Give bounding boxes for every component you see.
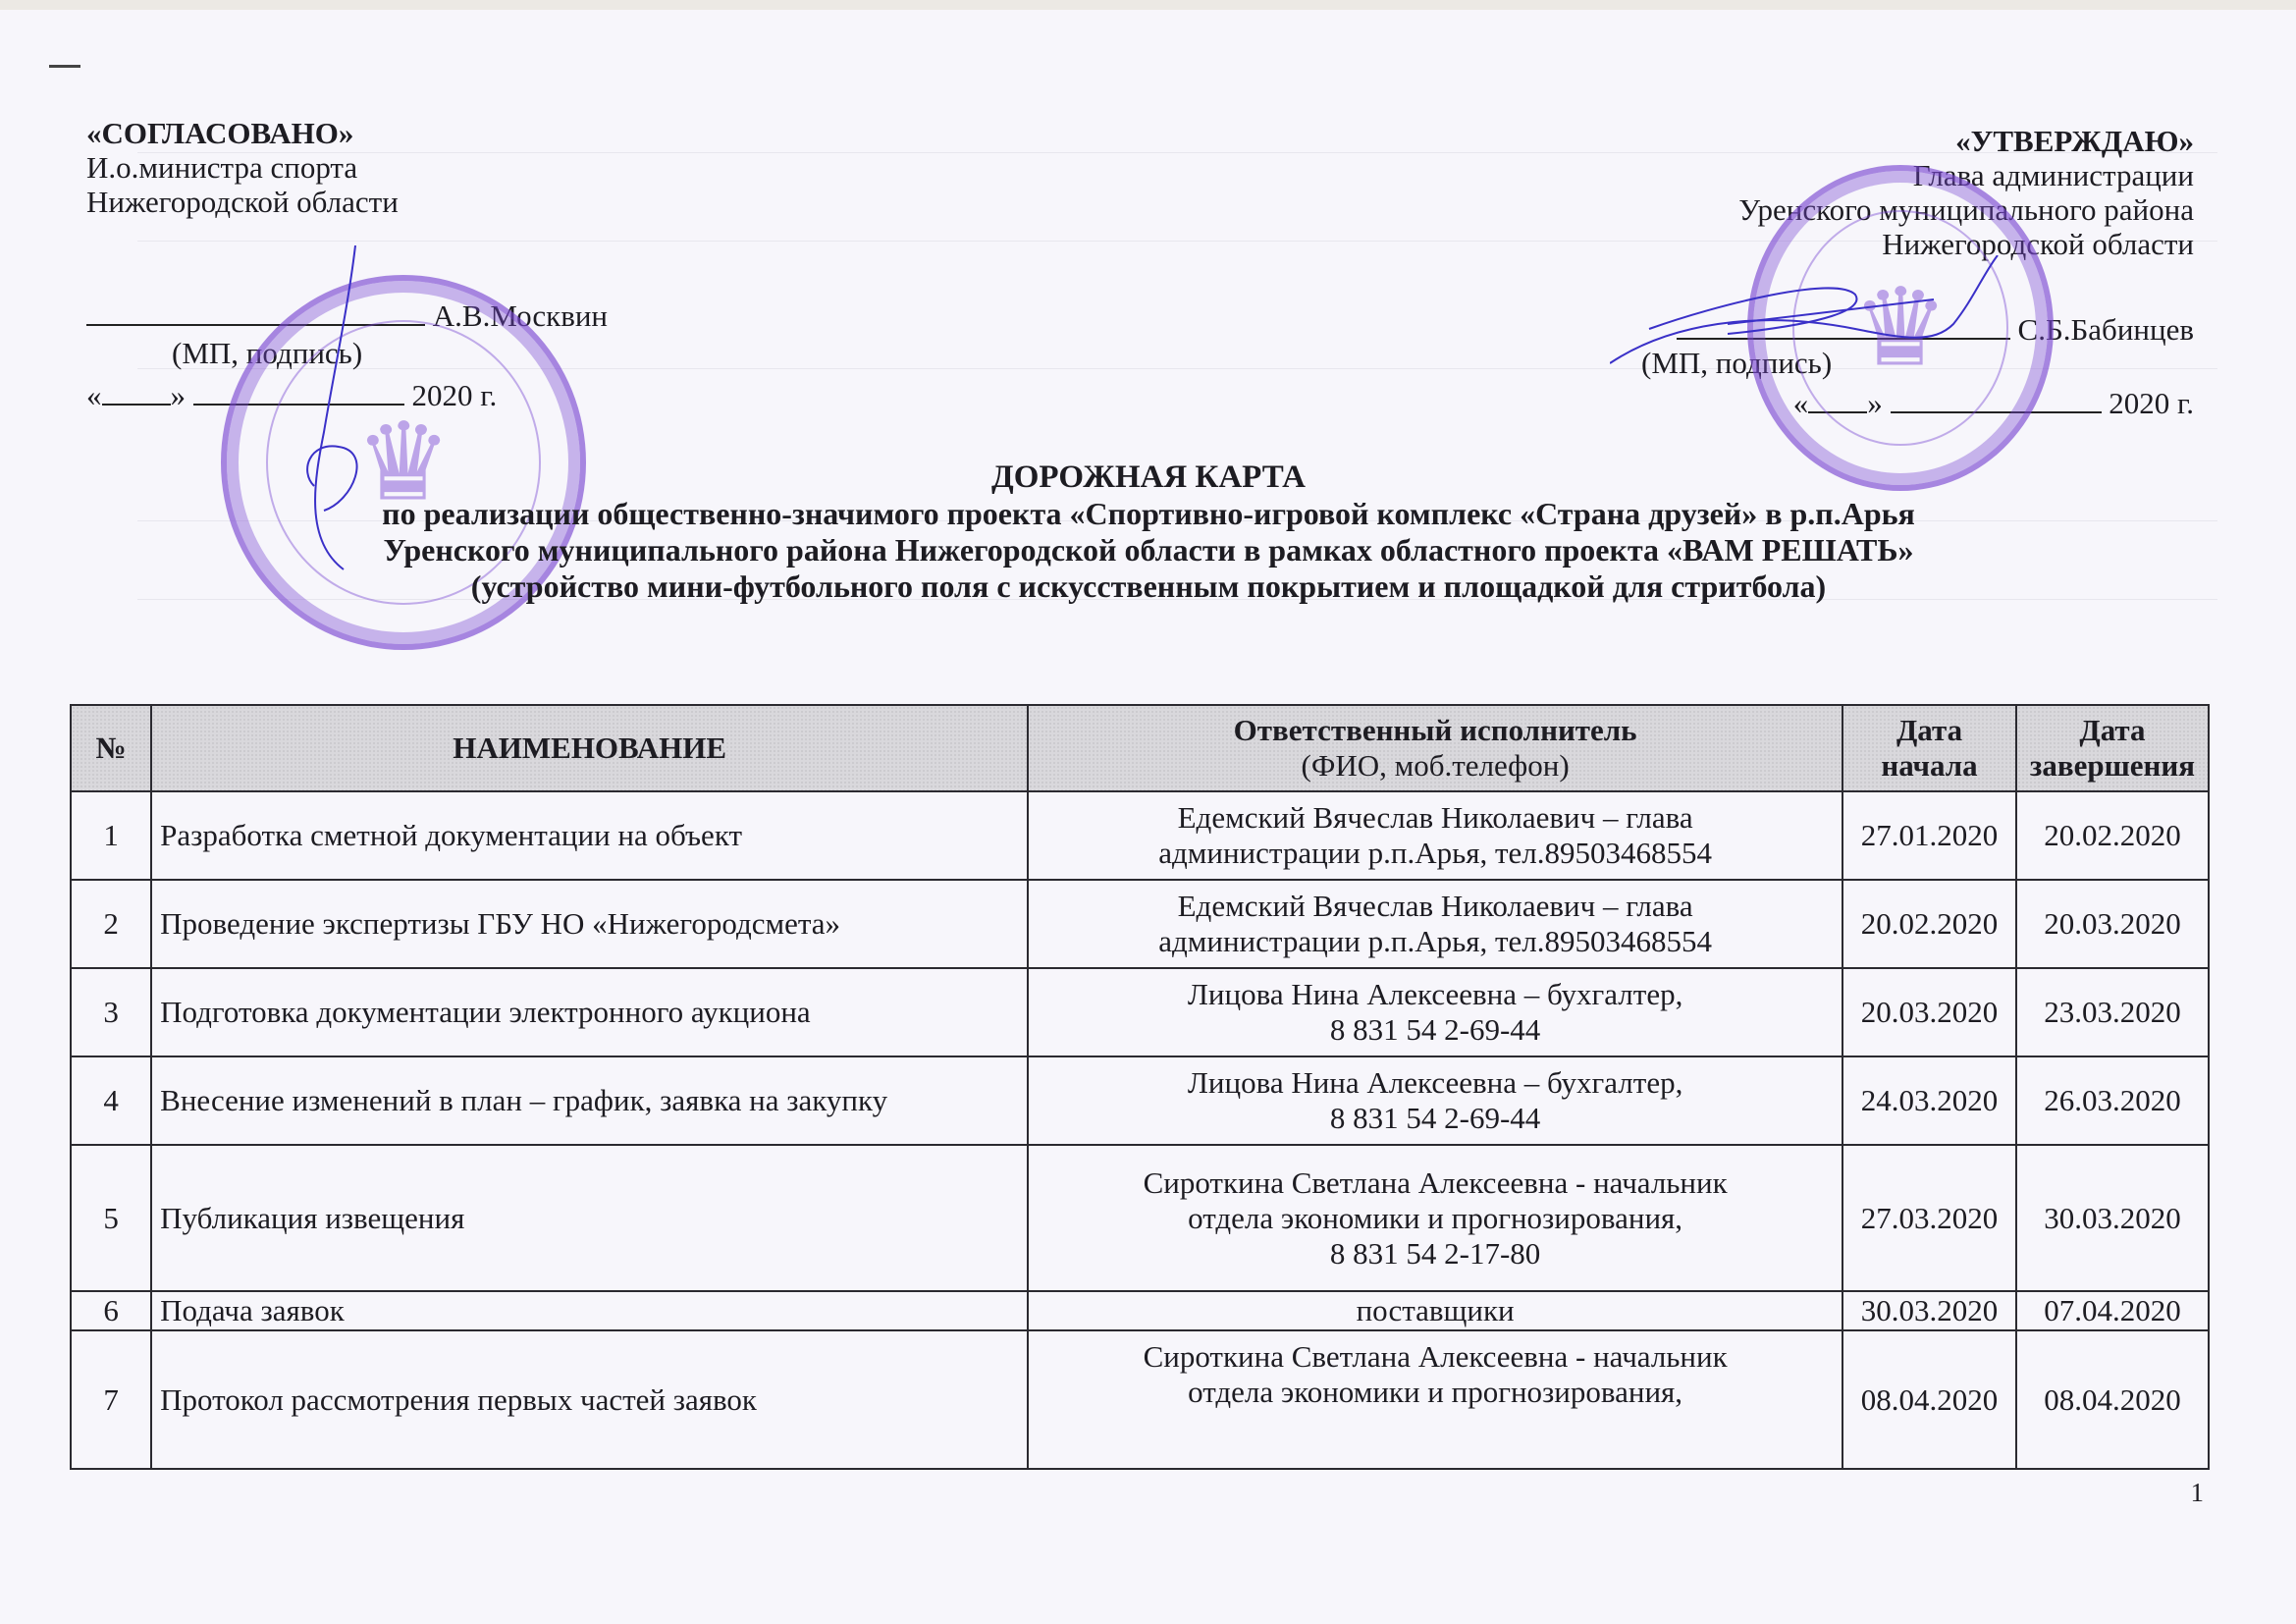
responsible-line: Лицова Нина Алексеевна – бухгалтер, (1037, 977, 1834, 1012)
date-year: 2020 г. (2109, 386, 2194, 420)
approval-block-left: «СОГЛАСОВАНО» И.о.министра спорта Нижего… (86, 116, 399, 219)
table-row: 3Подготовка документации электронного ау… (71, 968, 2209, 1056)
row-number: 7 (71, 1330, 151, 1469)
responsible-person: поставщики (1028, 1291, 1842, 1330)
row-number: 3 (71, 968, 151, 1056)
start-date: 27.01.2020 (1842, 791, 2016, 880)
roadmap-table: № НАИМЕНОВАНИЕ Ответственный исполнитель… (70, 704, 2210, 1470)
row-number: 5 (71, 1145, 151, 1291)
responsible-line: Сироткина Светлана Алексеевна - начальни… (1037, 1339, 1834, 1375)
task-name: Проведение экспертизы ГБУ НО «Нижегородс… (151, 880, 1028, 968)
start-date: 20.03.2020 (1842, 968, 2016, 1056)
responsible-line: Лицова Нина Алексеевна – бухгалтер, (1037, 1065, 1834, 1101)
column-header-name: НАИМЕНОВАНИЕ (151, 705, 1028, 791)
approver-region: Нижегородской области (86, 185, 399, 219)
responsible-line: 8 831 54 2-17-80 (1037, 1236, 1834, 1272)
document-title-line: Уренского муниципального района Нижегоро… (157, 532, 2140, 568)
task-name: Протокол рассмотрения первых частей заяв… (151, 1330, 1028, 1469)
task-name: Публикация извещения (151, 1145, 1028, 1291)
responsible-line: Едемский Вячеслав Николаевич – глава (1037, 800, 1834, 836)
approval-heading: «СОГЛАСОВАНО» (86, 116, 399, 150)
responsible-line: администрации р.п.Арья, тел.89503468554 (1037, 836, 1834, 871)
column-header-end-date: Дата завершения (2016, 705, 2209, 791)
responsible-line: Сироткина Светлана Алексеевна - начальни… (1037, 1165, 1834, 1201)
responsible-line: 8 831 54 2-69-44 (1037, 1101, 1834, 1136)
responsible-person: Едемский Вячеслав Николаевич – главаадми… (1028, 880, 1842, 968)
page-number: 1 (2191, 1478, 2205, 1508)
document-title-line: по реализации общественно-значимого прое… (157, 496, 2140, 532)
end-date: 26.03.2020 (2016, 1056, 2209, 1145)
end-date: 30.03.2020 (2016, 1145, 2209, 1291)
responsible-line: администрации р.п.Арья, тел.89503468554 (1037, 924, 1834, 959)
start-date: 20.02.2020 (1842, 880, 2016, 968)
responsible-person: Лицова Нина Алексеевна – бухгалтер,8 831… (1028, 1056, 1842, 1145)
column-header-responsible: Ответственный исполнитель (ФИО, моб.теле… (1028, 705, 1842, 791)
start-date: 30.03.2020 (1842, 1291, 2016, 1330)
responsible-line: Едемский Вячеслав Николаевич – глава (1037, 889, 1834, 924)
table-row: 1Разработка сметной документации на объе… (71, 791, 2209, 880)
responsible-person: Лицова Нина Алексеевна – бухгалтер,8 831… (1028, 968, 1842, 1056)
end-date: 20.03.2020 (2016, 880, 2209, 968)
task-name: Подача заявок (151, 1291, 1028, 1330)
handwritten-signature-right (1610, 255, 2002, 373)
task-name: Внесение изменений в план – график, заяв… (151, 1056, 1028, 1145)
table-row: 6Подача заявокпоставщики30.03.202007.04.… (71, 1291, 2209, 1330)
responsible-person: Сироткина Светлана Алексеевна - начальни… (1028, 1330, 1842, 1469)
document-title-line: (устройство мини-футбольного поля с иску… (157, 568, 2140, 605)
end-date: 20.02.2020 (2016, 791, 2209, 880)
responsible-line: 8 831 54 2-69-44 (1037, 1012, 1834, 1048)
row-number: 2 (71, 880, 151, 968)
responsible-line: отдела экономики и прогнозирования, (1037, 1201, 1834, 1236)
task-name: Подготовка документации электронного аук… (151, 968, 1028, 1056)
end-date: 23.03.2020 (2016, 968, 2209, 1056)
table-row: 4Внесение изменений в план – график, зая… (71, 1056, 2209, 1145)
start-date: 08.04.2020 (1842, 1330, 2016, 1469)
scan-top-edge (0, 0, 2296, 10)
table-row: 7Протокол рассмотрения первых частей зая… (71, 1330, 2209, 1469)
responsible-line: поставщики (1037, 1293, 1834, 1328)
responsible-line: отдела экономики и прогнозирования, (1037, 1375, 1834, 1410)
document-title-main: ДОРОЖНАЯ КАРТА (157, 460, 2140, 496)
row-number: 4 (71, 1056, 151, 1145)
start-date: 27.03.2020 (1842, 1145, 2016, 1291)
table-row: 5Публикация извещенияСироткина Светлана … (71, 1145, 2209, 1291)
end-date: 08.04.2020 (2016, 1330, 2209, 1469)
responsible-person: Сироткина Светлана Алексеевна - начальни… (1028, 1145, 1842, 1291)
table-row: 2Проведение экспертизы ГБУ НО «Нижегород… (71, 880, 2209, 968)
start-date: 24.03.2020 (1842, 1056, 2016, 1145)
row-number: 1 (71, 791, 151, 880)
end-date: 07.04.2020 (2016, 1291, 2209, 1330)
approval-heading: «УТВЕРЖДАЮ» (1738, 124, 2194, 158)
corner-mark (49, 65, 80, 68)
task-name: Разработка сметной документации на объек… (151, 791, 1028, 880)
approver-position: И.о.министра спорта (86, 150, 399, 185)
row-number: 6 (71, 1291, 151, 1330)
responsible-person: Едемский Вячеслав Николаевич – главаадми… (1028, 791, 1842, 880)
column-header-number: № (71, 705, 151, 791)
table-header-row: № НАИМЕНОВАНИЕ Ответственный исполнитель… (71, 705, 2209, 791)
document-title: ДОРОЖНАЯ КАРТА по реализации общественно… (157, 460, 2140, 605)
column-header-start-date: Дата начала (1842, 705, 2016, 791)
